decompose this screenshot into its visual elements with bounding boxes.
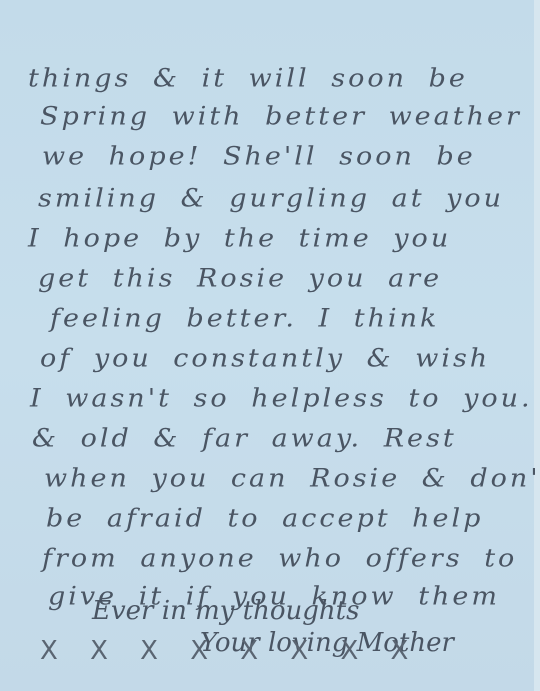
letter-line: get this Rosie you are: [38, 264, 442, 293]
letter-line: be afraid to accept help: [46, 504, 483, 533]
letter-line: when you can Rosie & don't: [44, 464, 540, 493]
kisses: X X X X X X X X: [40, 636, 420, 666]
letter-line: I wasn't so helpless to you.: [30, 384, 533, 413]
letter-line: I hope by the time you: [28, 224, 451, 253]
letter-line: smiling & gurgling at you: [38, 184, 504, 213]
letter-line: feeling better. I think: [50, 304, 439, 333]
letter-line: from anyone who offers to: [42, 544, 517, 573]
letter-line: things & it will soon be: [28, 64, 468, 93]
closing-line: Ever in my thoughts: [92, 596, 359, 626]
letter-line: of you constantly & wish: [40, 344, 490, 373]
letter-line: Spring with better weather —: [40, 102, 540, 131]
letter-line: & old & far away. Rest: [32, 424, 457, 453]
letter-line: we hope! She'll soon be: [42, 142, 476, 171]
